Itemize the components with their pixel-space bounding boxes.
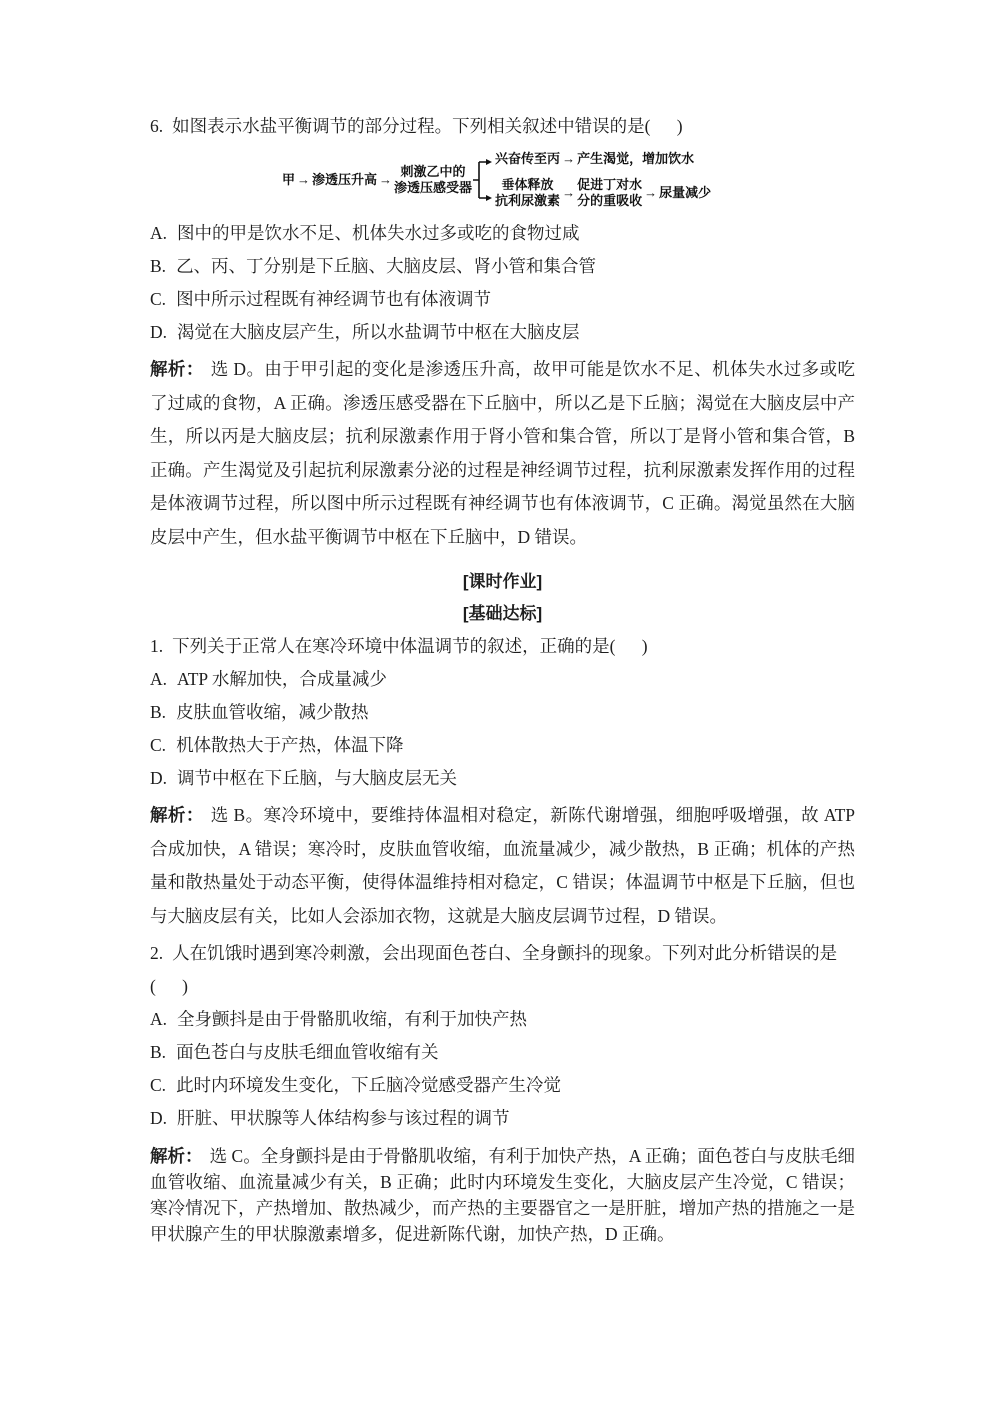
analysis-text: 选 C。全身颤抖是由于骨骼肌收缩，有利于加快产热，A 正确；面色苍白与皮肤毛细血… xyxy=(150,1146,855,1244)
arrow-icon: → xyxy=(297,172,310,188)
analysis-label: 解析： xyxy=(150,805,204,825)
analysis-text: 选 B。寒冷环境中，要维持体温相对稳定，新陈代谢增强，细胞呼吸增强，故 ATP … xyxy=(150,805,855,926)
option-label: B. xyxy=(150,702,166,722)
diagram-node-adh-line1: 垂体释放 xyxy=(495,177,560,193)
option-row: C.此时内环境发生变化，下丘脑冷觉感受器产生冷觉 xyxy=(150,1069,855,1102)
question-6-number: 6. xyxy=(150,116,163,136)
question-2-analysis: 解析：选 C。全身颤抖是由于骨骼肌收缩，有利于加快产热，A 正确；面色苍白与皮肤… xyxy=(150,1143,855,1247)
question-1-analysis: 解析：选 B。寒冷环境中，要维持体温相对稳定，新陈代谢增强，细胞呼吸增强，故 A… xyxy=(150,799,855,933)
option-label: C. xyxy=(150,1075,166,1095)
diagram-node-receptor-line2: 渗透压感受器 xyxy=(394,180,472,196)
arrow-icon: → xyxy=(379,172,392,188)
option-text: 图中所示过程既有神经调节也有体液调节 xyxy=(176,289,491,309)
diagram-node-adh-line2: 抗利尿激素 xyxy=(495,193,560,209)
question-1-number: 1. xyxy=(150,636,163,656)
question-2-answer-blank: ( ) xyxy=(150,970,855,1003)
option-label: B. xyxy=(150,1042,166,1062)
question-2-options: A.全身颤抖是由于骨骼肌收缩，有利于加快产热 B.面色苍白与皮肤毛细血管收缩有关… xyxy=(150,1003,855,1135)
option-text: 此时内环境发生变化，下丘脑冷觉感受器产生冷觉 xyxy=(176,1075,561,1095)
diagram-branches: 兴奋传至丙 → 产生渴觉，增加饮水 垂体释放 抗利尿激素 → 促进丁对水 分的重… xyxy=(495,151,711,209)
analysis-label: 解析： xyxy=(150,1146,203,1166)
diagram-node-urine-decrease: 尿量减少 xyxy=(659,185,711,201)
option-text: 皮肤血管收缩，减少散热 xyxy=(176,702,369,722)
diagram-node-jia: 甲 xyxy=(282,172,295,188)
option-label: A. xyxy=(150,223,167,243)
question-2: 2.人在饥饿时遇到寒冷刺激，会出现面色苍白、全身颤抖的现象。下列对此分析错误的是 xyxy=(150,937,855,970)
option-row: D.调节中枢在下丘脑，与大脑皮层无关 xyxy=(150,762,855,795)
arrow-icon: → xyxy=(562,185,575,201)
option-row: D.肝脏、甲状腺等人体结构参与该过程的调节 xyxy=(150,1102,855,1135)
option-row: A.ATP 水解加快，合成量减少 xyxy=(150,663,855,696)
analysis-text: 选 D。由于甲引起的变化是渗透压升高，故甲可能是饮水不足、机体失水过多或吃了过咸… xyxy=(150,359,855,547)
option-label: D. xyxy=(150,322,167,342)
diagram-node-thirst: 产生渴觉，增加饮水 xyxy=(577,151,694,167)
analysis-label: 解析： xyxy=(150,359,204,379)
question-1-text: 下列关于正常人在寒冷环境中体温调节的叙述，正确的是( ) xyxy=(172,636,647,656)
diagram-branch-adh: 垂体释放 抗利尿激素 → 促进丁对水 分的重吸收 → 尿量减少 xyxy=(495,177,711,209)
diagram-node-reabsorption-line2: 分的重吸收 xyxy=(577,193,642,209)
option-label: D. xyxy=(150,768,167,788)
option-row: B.乙、丙、丁分别是下丘脑、大脑皮层、肾小管和集合管 xyxy=(150,250,855,283)
question-6-analysis: 解析：选 D。由于甲引起的变化是渗透压升高，故甲可能是饮水不足、机体失水过多或吃… xyxy=(150,353,855,554)
option-row: B.皮肤血管收缩，减少散热 xyxy=(150,696,855,729)
option-row: B.面色苍白与皮肤毛细血管收缩有关 xyxy=(150,1036,855,1069)
option-row: A.图中的甲是饮水不足、机体失水过多或吃的食物过咸 xyxy=(150,217,855,250)
diagram-branch-thirst: 兴奋传至丙 → 产生渴觉，增加饮水 xyxy=(495,151,711,167)
option-text: 乙、丙、丁分别是下丘脑、大脑皮层、肾小管和集合管 xyxy=(176,256,596,276)
option-text: 渴觉在大脑皮层产生，所以水盐调节中枢在大脑皮层 xyxy=(177,322,580,342)
worksheet-page: 6.如图表示水盐平衡调节的部分过程。下列相关叙述中错误的是( ) 甲 → 渗透压… xyxy=(0,0,1000,1247)
question-1-options: A.ATP 水解加快，合成量减少 B.皮肤血管收缩，减少散热 C.机体散热大于产… xyxy=(150,663,855,795)
question-1: 1.下列关于正常人在寒冷环境中体温调节的叙述，正确的是( ) xyxy=(150,630,855,663)
section-header-keshizuoye: [课时作业] xyxy=(150,566,855,598)
option-text: 机体散热大于产热，体温下降 xyxy=(176,735,404,755)
section-header-jichudabiao: [基础达标] xyxy=(150,598,855,630)
question-6: 6.如图表示水盐平衡调节的部分过程。下列相关叙述中错误的是( ) xyxy=(150,110,855,143)
option-row: A.全身颤抖是由于骨骼肌收缩，有利于加快产热 xyxy=(150,1003,855,1036)
option-row: D.渴觉在大脑皮层产生，所以水盐调节中枢在大脑皮层 xyxy=(150,316,855,349)
option-label: D. xyxy=(150,1108,167,1128)
option-label: A. xyxy=(150,669,167,689)
option-text: 全身颤抖是由于骨骼肌收缩，有利于加快产热 xyxy=(177,1009,527,1029)
arrow-icon: → xyxy=(562,151,575,167)
diagram-node-excitation: 兴奋传至丙 xyxy=(495,151,560,167)
diagram-node-adh-release: 垂体释放 抗利尿激素 xyxy=(495,177,560,209)
diagram-node-osmotic-rise: 渗透压升高 xyxy=(312,172,377,188)
diagram-node-receptor: 刺激乙中的 渗透压感受器 xyxy=(394,164,472,196)
arrow-icon: → xyxy=(644,185,657,201)
option-label: C. xyxy=(150,289,166,309)
option-label: B. xyxy=(150,256,166,276)
option-text: 面色苍白与皮肤毛细血管收缩有关 xyxy=(176,1042,439,1062)
question-6-text: 如图表示水盐平衡调节的部分过程。下列相关叙述中错误的是( ) xyxy=(172,116,682,136)
question-2-text: 人在饥饿时遇到寒冷刺激，会出现面色苍白、全身颤抖的现象。下列对此分析错误的是 xyxy=(172,943,837,963)
option-row: C.图中所示过程既有神经调节也有体液调节 xyxy=(150,283,855,316)
option-label: C. xyxy=(150,735,166,755)
diagram-node-receptor-line1: 刺激乙中的 xyxy=(394,164,472,180)
option-text: 图中的甲是饮水不足、机体失水过多或吃的食物过咸 xyxy=(177,223,580,243)
water-salt-regulation-diagram: 甲 → 渗透压升高 → 刺激乙中的 渗透压感受器 兴奋传至丙 → 产生渴觉，增加… xyxy=(282,151,855,209)
diagram-node-reabsorption: 促进丁对水 分的重吸收 xyxy=(577,177,642,209)
option-text: 肝脏、甲状腺等人体结构参与该过程的调节 xyxy=(177,1108,510,1128)
option-text: 调节中枢在下丘脑，与大脑皮层无关 xyxy=(177,768,457,788)
option-row: C.机体散热大于产热，体温下降 xyxy=(150,729,855,762)
question-2-number: 2. xyxy=(150,943,163,963)
diagram-node-reabsorption-line1: 促进丁对水 xyxy=(577,177,642,193)
question-6-options: A.图中的甲是饮水不足、机体失水过多或吃的食物过咸 B.乙、丙、丁分别是下丘脑、… xyxy=(150,217,855,349)
option-label: A. xyxy=(150,1009,167,1029)
fork-bracket-icon xyxy=(473,154,493,206)
option-text: ATP 水解加快，合成量减少 xyxy=(177,669,387,689)
